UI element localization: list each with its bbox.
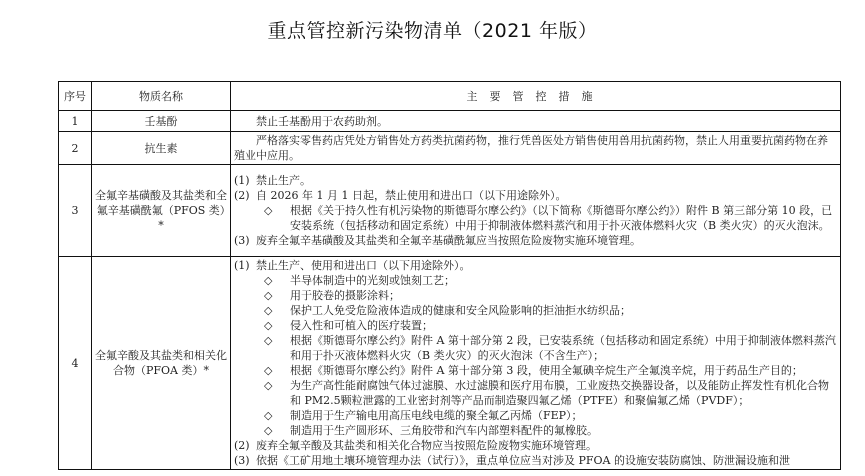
row-measures: (1)禁止生产。 (2)自 2026 年 1 月 1 日起，禁止使用和进出口（以… bbox=[231, 165, 841, 257]
diamond-bullet-icon: ◇ bbox=[264, 333, 272, 348]
row-seq: 2 bbox=[59, 132, 92, 165]
measure-subitem: ◇半导体制造中的光刻或蚀刻工艺； bbox=[234, 273, 836, 288]
header-substance-name: 物质名称 bbox=[92, 82, 231, 111]
row-seq: 1 bbox=[59, 111, 92, 132]
diamond-bullet-icon: ◇ bbox=[264, 408, 272, 423]
header-main-measures: 主要管控措施 bbox=[231, 82, 841, 111]
table-header-row: 序号 物质名称 主要管控措施 bbox=[59, 82, 841, 111]
table-row: 3 全氟辛基磺酸及其盐类和全氟辛基磺酰氟（PFOS 类）* (1)禁止生产。 (… bbox=[59, 165, 841, 257]
diamond-bullet-icon: ◇ bbox=[264, 273, 272, 288]
measure-item: (1)禁止生产、使用和进出口（以下用途除外）。 bbox=[234, 258, 836, 273]
measure-item: (3)废弃全氟辛基磺酸及其盐类和全氟辛基磺酰氟应当按照危险废物实施环境管理。 bbox=[234, 233, 836, 248]
diamond-bullet-icon: ◇ bbox=[264, 423, 272, 438]
row-substance-name: 壬基酚 bbox=[92, 111, 231, 132]
row-measures: 禁止壬基酚用于农药助剂。 bbox=[231, 111, 841, 132]
measure-subitem: ◇根据《关于持久性有机污染物的斯德哥尔摩公约》（以下简称《斯德哥尔摩公约》）附件… bbox=[234, 203, 836, 233]
diamond-bullet-icon: ◇ bbox=[264, 363, 272, 378]
measure-subitem: ◇根据《斯德哥尔摩公约》附件 A 第十部分第 3 段，使用全氟碘辛烷生产全氟溴辛… bbox=[234, 363, 836, 378]
table-row: 4 全氟辛酸及其盐类和相关化合物（PFOA 类）* (1)禁止生产、使用和进出口… bbox=[59, 257, 841, 470]
row-substance-name: 全氟辛基磺酸及其盐类和全氟辛基磺酰氟（PFOS 类）* bbox=[92, 165, 231, 257]
measure-item: (2)废弃全氟辛酸及其盐类和相关化合物应当按照危险废物实施环境管理。 bbox=[234, 438, 836, 453]
row-seq: 4 bbox=[59, 257, 92, 470]
row-seq: 3 bbox=[59, 165, 92, 257]
measure-subitem: ◇保护工人免受危险液体造成的健康和安全风险影响的拒油拒水纺织品； bbox=[234, 303, 836, 318]
measure-subitem: ◇制造用于生产圆形环、三角胶带和汽车内部塑料配件的氟橡胶。 bbox=[234, 423, 836, 438]
measure-item: (1)禁止生产。 bbox=[234, 173, 836, 188]
diamond-bullet-icon: ◇ bbox=[264, 303, 272, 318]
table-row: 1 壬基酚 禁止壬基酚用于农药助剂。 bbox=[59, 111, 841, 132]
measure-paragraph: 严格落实零售药店凭处方销售处方药类抗菌药物，推行凭兽医处方销售使用兽用抗菌药物，… bbox=[234, 133, 836, 163]
measure-subitem: ◇为生产高性能耐腐蚀气体过滤膜、水过滤膜和医疗用布膜，工业废热交换器设备，以及能… bbox=[234, 378, 836, 408]
measure-subitem: ◇根据《斯德哥尔摩公约》附件 A 第十部分第 2 段，已安装系统（包括移动和固定… bbox=[234, 333, 836, 363]
diamond-bullet-icon: ◇ bbox=[264, 318, 272, 333]
row-substance-name: 抗生素 bbox=[92, 132, 231, 165]
measure-subitem: ◇制造用于生产输电用高压电线电缆的聚全氟乙丙烯（FEP）； bbox=[234, 408, 836, 423]
row-measures: 严格落实零售药店凭处方销售处方药类抗菌药物，推行凭兽医处方销售使用兽用抗菌药物，… bbox=[231, 132, 841, 165]
measure-paragraph: 禁止壬基酚用于农药助剂。 bbox=[234, 114, 836, 129]
diamond-bullet-icon: ◇ bbox=[264, 378, 272, 393]
page-title: 重点管控新污染物清单（2021 年版） bbox=[0, 16, 865, 43]
measure-item: (3)依据《工矿用地土壤环境管理办法（试行）》，重点单位应当对涉及 PFOA 的… bbox=[234, 453, 836, 468]
measure-subitem: ◇侵入性和可植入的医疗装置； bbox=[234, 318, 836, 333]
row-measures: (1)禁止生产、使用和进出口（以下用途除外）。 ◇半导体制造中的光刻或蚀刻工艺；… bbox=[231, 257, 841, 470]
measure-subitem: ◇用于胶卷的摄影涂料； bbox=[234, 288, 836, 303]
measure-item: (2)自 2026 年 1 月 1 日起，禁止使用和进出口（以下用途除外）。 bbox=[234, 188, 836, 203]
pollutant-list-table: 序号 物质名称 主要管控措施 1 壬基酚 禁止壬基酚用于农药助剂。 2 抗生素 … bbox=[58, 81, 841, 470]
row-substance-name: 全氟辛酸及其盐类和相关化合物（PFOA 类）* bbox=[92, 257, 231, 470]
table-row: 2 抗生素 严格落实零售药店凭处方销售处方药类抗菌药物，推行凭兽医处方销售使用兽… bbox=[59, 132, 841, 165]
diamond-bullet-icon: ◇ bbox=[264, 288, 272, 303]
header-seq: 序号 bbox=[59, 82, 92, 111]
diamond-bullet-icon: ◇ bbox=[264, 203, 272, 218]
